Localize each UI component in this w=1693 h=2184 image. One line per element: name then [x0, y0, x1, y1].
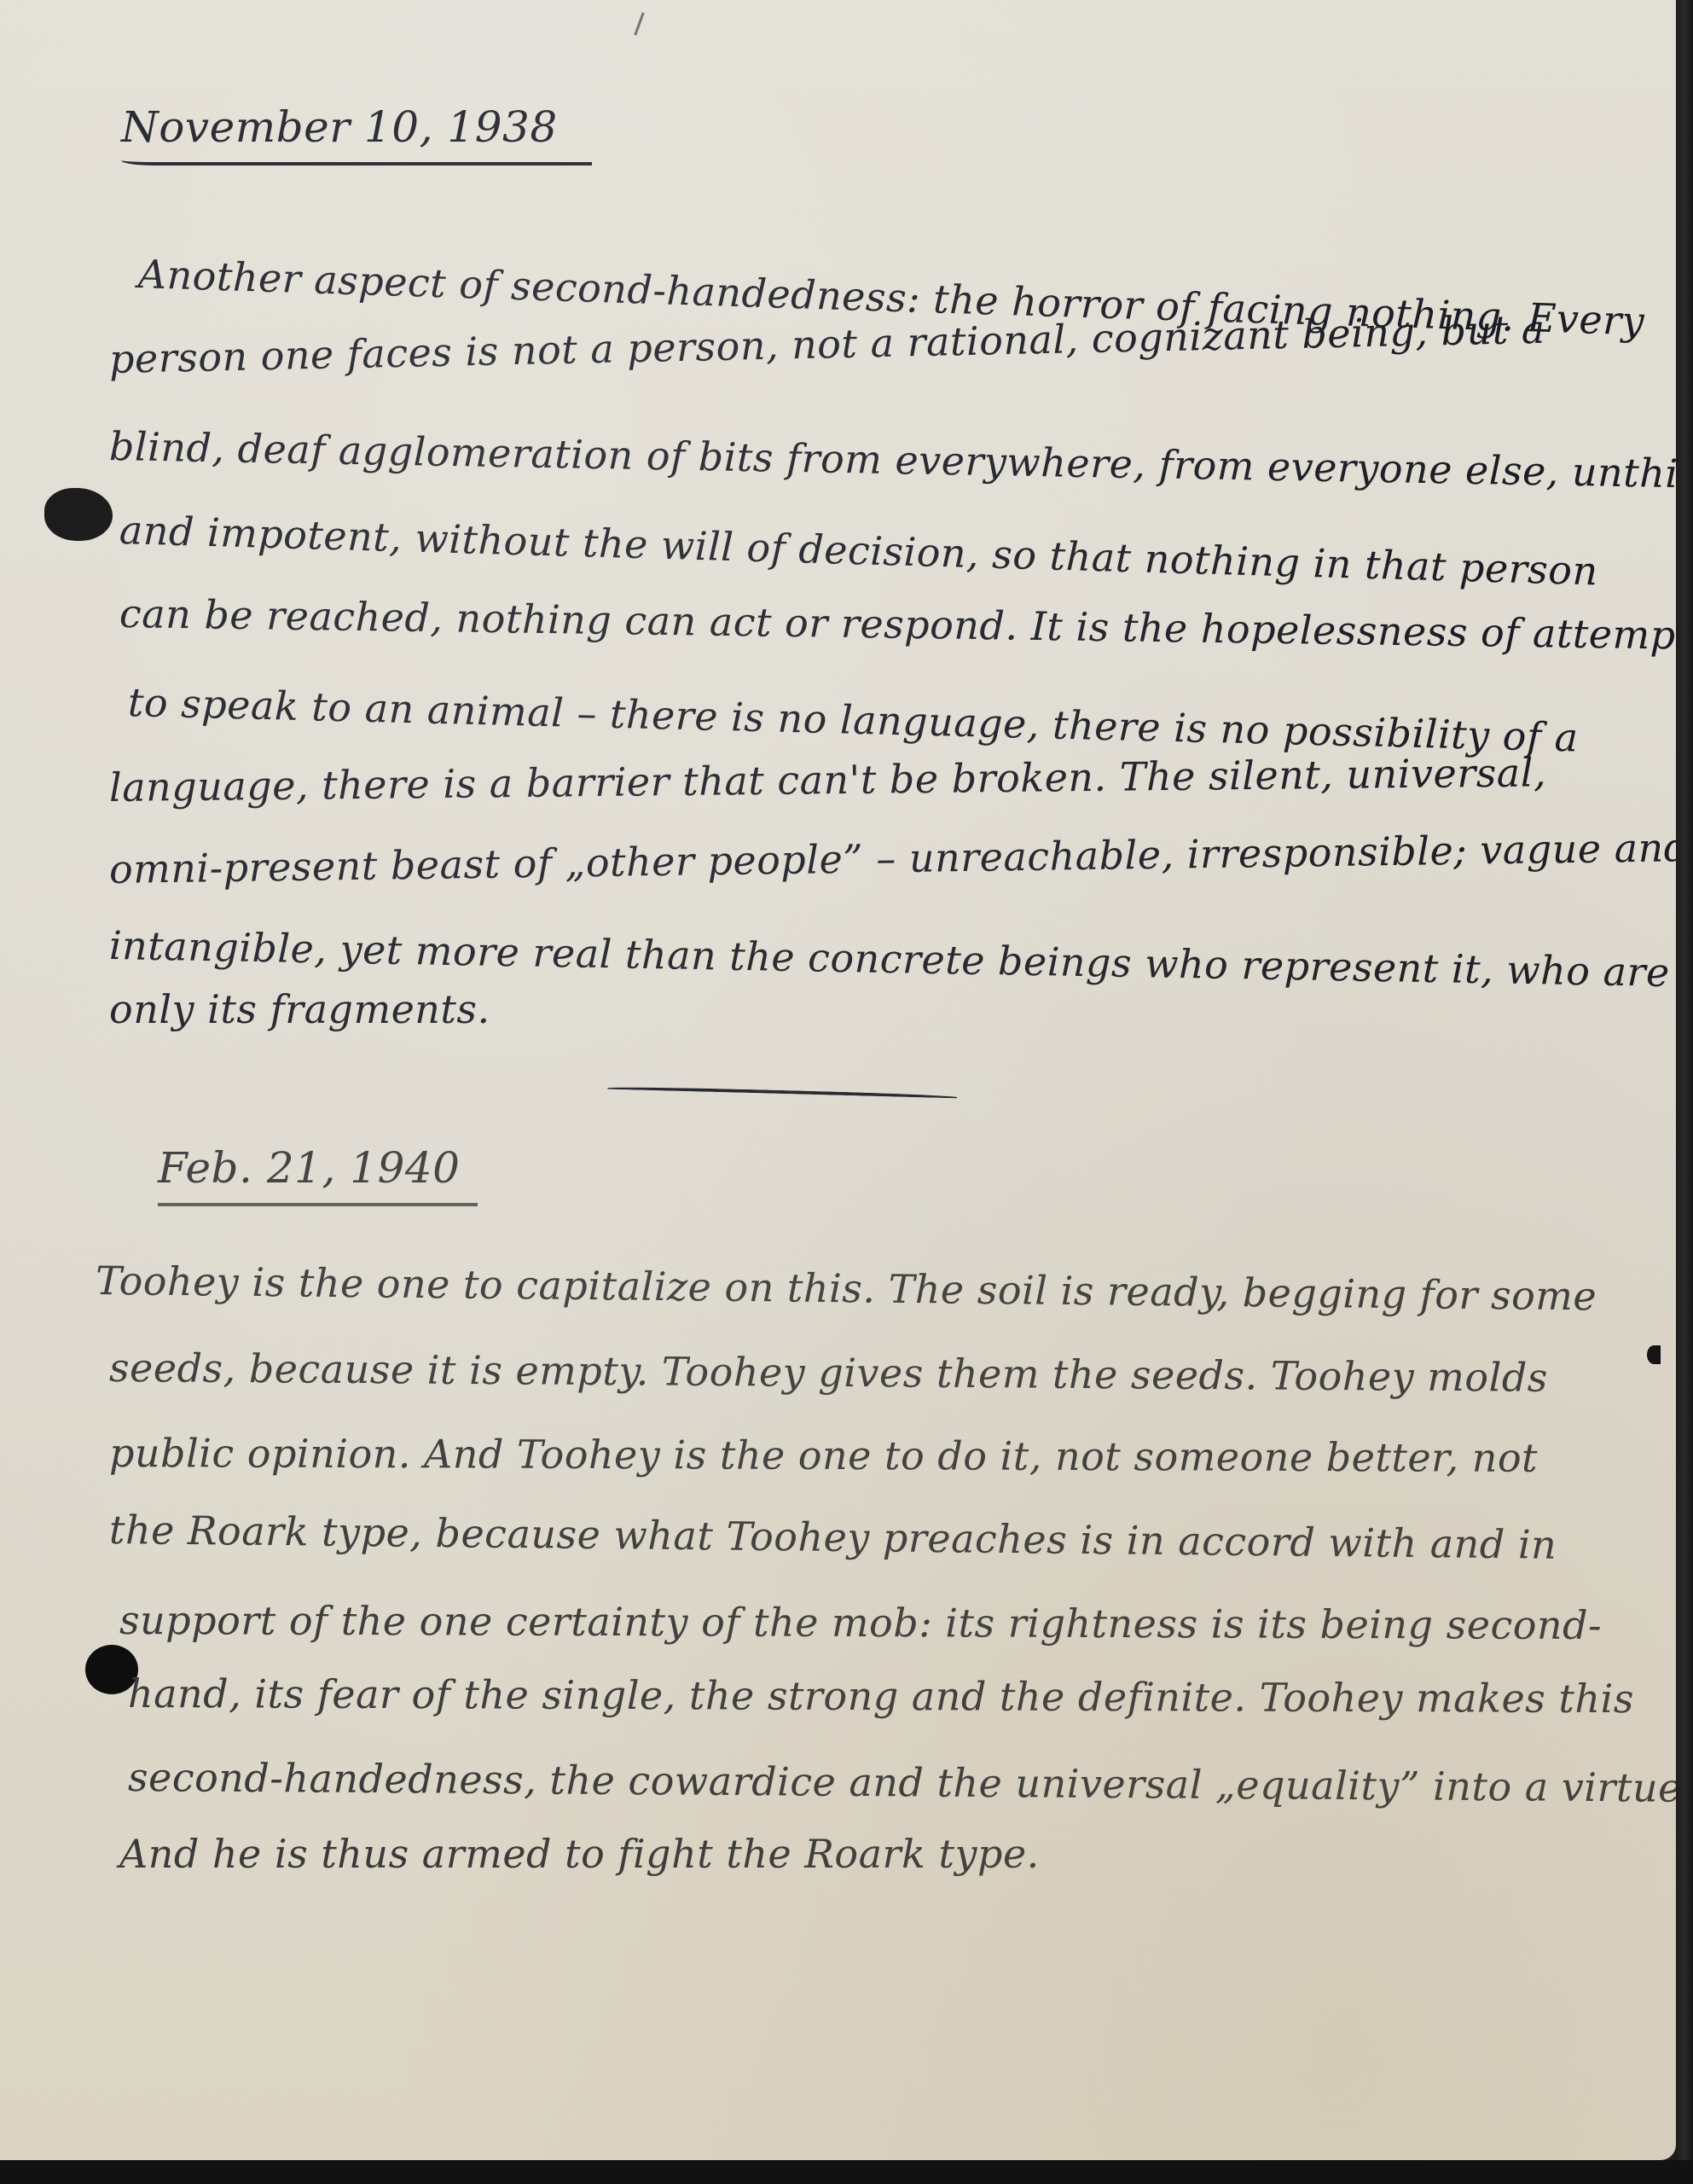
entry1-date: November 10, 1938 [121, 102, 592, 166]
scan-border-bottom [0, 2160, 1693, 2184]
entry1-line-7: language, there is a barrier that can't … [109, 752, 1547, 807]
entry2-line-8: And he is thus armed to fight the Roark … [119, 1834, 1040, 1873]
entry1-line-3: blind, deaf agglomeration of bits from e… [109, 427, 1693, 495]
entry1-line-4: and impotent, without the will of decisi… [119, 510, 1598, 590]
section-divider [607, 1086, 957, 1107]
entry2-line-3: public opinion. And Toohey is the one to… [109, 1433, 1538, 1478]
entry2-line-4: the Roark type, because what Toohey prea… [109, 1510, 1557, 1565]
entry1-line-5: can be reached, nothing can act or respo… [119, 594, 1693, 656]
entry1-line-10: only its fragments. [109, 990, 490, 1029]
entry1-line-6: to speak to an animal – there is no lang… [127, 682, 1579, 758]
entry2-line-5: support of the one certainty of the mob:… [119, 1600, 1602, 1645]
entry2-line-2: seeds, because it is empty. Toohey gives… [109, 1348, 1548, 1397]
entry1-line-8: omni-present beast of „other people” – u… [109, 828, 1690, 889]
ink-scratch-mark [634, 12, 644, 35]
entry2-line-6: hand, its fear of the single, the strong… [128, 1674, 1634, 1718]
entry1-line-2: person one faces is not a person, not a … [109, 310, 1546, 379]
scan-border-right [1676, 0, 1693, 2184]
entry2-date: Feb. 21, 1940 [158, 1143, 478, 1206]
entry2-line-1: Toohey is the one to capitalize on this.… [96, 1261, 1597, 1316]
punch-hole-top [44, 488, 113, 541]
torn-edge-notch [1647, 1345, 1661, 1364]
entry2-line-7: second-handedness, the cowardice and the… [128, 1757, 1693, 1808]
entry1-line-9: intangible, yet more real than the concr… [109, 926, 1671, 992]
manuscript-page: November 10, 1938 Another aspect of seco… [0, 0, 1676, 2160]
